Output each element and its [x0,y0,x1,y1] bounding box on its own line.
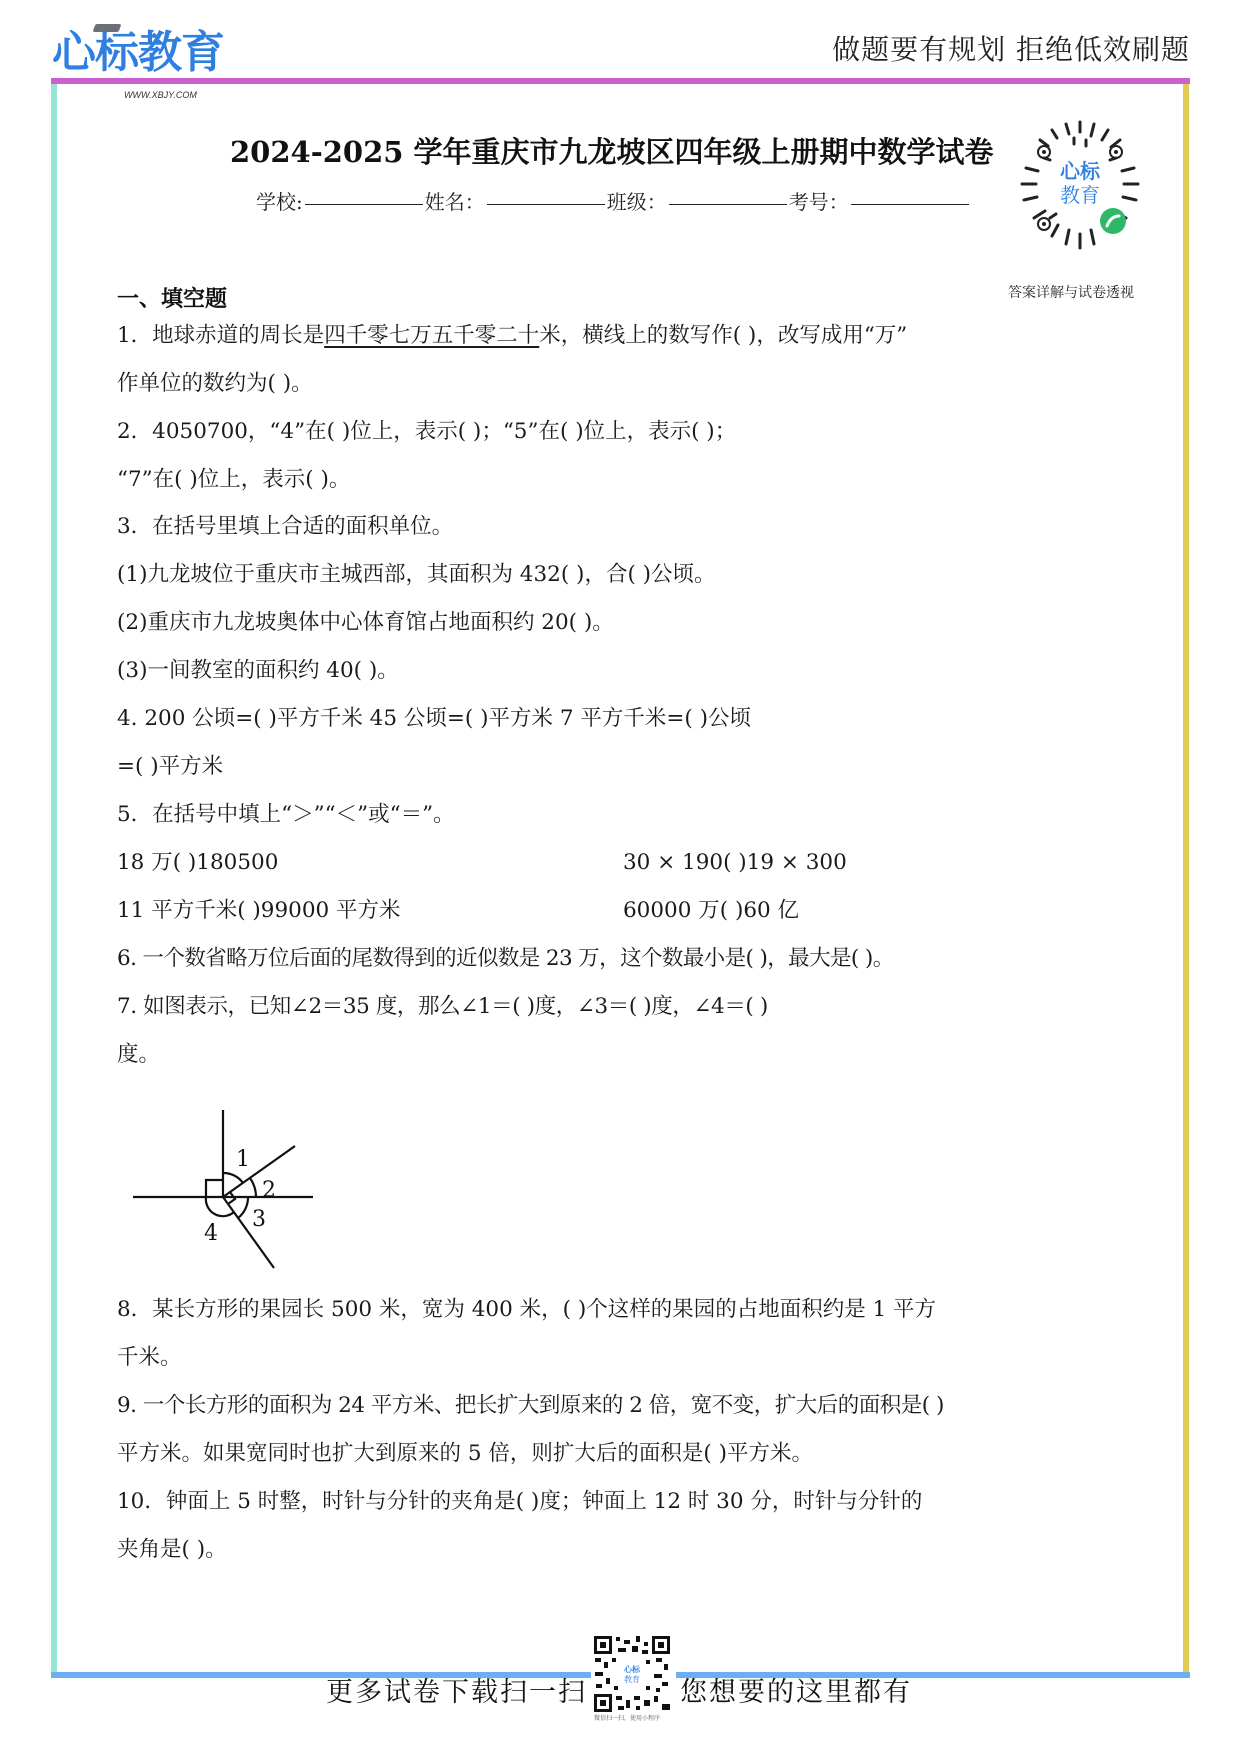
exam-number-label: 考号： [789,186,849,215]
question-5-line-1: 5．在括号中填上“＞”“＜”或“＝”。 [117,801,455,829]
qr-caption: 微信扫一扫，使用小程序 [594,1713,660,1722]
svg-text:心标: 心标 [1060,159,1101,183]
svg-text:教育: 教育 [624,1674,640,1684]
top-border-line [51,78,1190,84]
mini-program-caption: 答案详解与试卷透视 [1008,282,1134,302]
question-8-line-2: 千米。 [117,1344,182,1372]
question-3-line-4: (3)一间教室的面积约 40( )。 [117,657,399,685]
question-5-item-2: 30 × 190( )19 × 300 [623,849,847,877]
svg-text:1: 1 [236,1147,250,1172]
svg-text:教育: 教育 [1060,183,1100,207]
question-7-line-1: 7. 如图表示，已知∠2＝35 度，那么∠1＝( )度，∠3＝( )度，∠4＝(… [117,993,768,1021]
question-8-line-1: 8．某长方形的果园长 500 米，宽为 400 米，( )个这样的果园的占地面积… [117,1296,936,1324]
school-label: 学校: [256,186,303,215]
right-border-line [1183,84,1189,1678]
angle-figure: 1 2 3 4 [120,1100,320,1280]
header-slogan: 做题要有规划 拒绝低效刷题 [832,28,1190,68]
section-title: 一、填空题 [117,282,227,313]
exam-number-field[interactable] [851,186,969,205]
question-3-line-3: (2)重庆市九龙坡奥体中心体育馆占地面积约 20( )。 [117,609,614,637]
question-5-item-3: 11 平方千米( )99000 平方米 [117,897,401,925]
q1-text-a: 1．地球赤道的周长是 [117,323,324,348]
question-6-line-1: 6. 一个数省略万位后面的尾数得到的近似数是 23 万，这个数最小是( )，最大… [117,945,894,973]
question-1-line-1: 1．地球赤道的周长是四千零七万五千零二十米，横线上的数写作( )，改写成用“万” [117,322,907,350]
exam-title: 2024-2025 学年重庆市九龙坡区四年级上册期中数学试卷 [230,130,994,171]
brand-logo: 心标教育 WWW.XBJY.COM [52,22,224,78]
student-info-row: 学校: 姓名： 班级： 考号： [256,186,971,215]
class-field[interactable] [669,186,787,205]
mini-program-code-icon[interactable]: 心标 教育 [1010,118,1150,258]
school-field[interactable] [305,186,423,205]
name-label: 姓名： [425,186,485,215]
q1-text-b: 米，横线上的数写作( )，改写成用“万” [539,323,907,348]
question-2-line-1: 2．4050700，“4”在( )位上，表示( )；“5”在( )位上，表示( … [117,418,736,446]
logo-text: 心标教育 WWW.XBJY.COM [52,28,224,78]
q1-underlined-number: 四千零七万五千零二十 [324,323,539,348]
svg-text:3: 3 [252,1207,266,1232]
question-7-line-2: 度。 [117,1041,160,1069]
question-4-line-1: 4. 200 公顷=( )平方千米 45 公顷=( )平方米 7 平方千米=( … [117,705,751,733]
left-border-line [51,84,57,1678]
svg-text:4: 4 [204,1221,218,1246]
question-3-line-1: 3．在括号里填上合适的面积单位。 [117,513,453,541]
question-10-line-1: 10．钟面上 5 时整，时针与分针的夹角是( )度；钟面上 12 时 30 分，… [117,1488,922,1516]
name-field[interactable] [487,186,605,205]
footer-slogan-text: 您想要的这里都有 [680,1670,912,1709]
question-3-line-2: (1)九龙坡位于重庆市主城西部，其面积为 432( )，合( )公顷。 [117,561,716,589]
question-5-item-4: 60000 万( )60 亿 [623,897,799,925]
question-2-line-2: “7”在( )位上，表示( )。 [117,466,350,494]
question-4-line-2: =( )平方米 [117,753,223,781]
footer-download-text: 更多试卷下载扫一扫 [326,1670,587,1709]
svg-text:心标: 心标 [623,1664,641,1674]
question-10-line-2: 夹角是( )。 [117,1536,227,1564]
question-1-line-2: 作单位的数约为( )。 [117,370,313,398]
graduation-cap-icon [93,24,122,32]
question-5-item-1: 18 万( )180500 [117,849,278,877]
question-9-line-2: 平方米。如果宽同时也扩大到原来的 5 倍，则扩大后的面积是( )平方米。 [117,1440,813,1468]
svg-text:2: 2 [262,1178,276,1203]
question-9-line-1: 9. 一个长方形的面积为 24 平方米、把长扩大到原来的 2 倍，宽不变，扩大后… [117,1392,944,1420]
qr-code-icon[interactable]: 心标 教育 [592,1634,672,1714]
class-label: 班级： [607,186,667,215]
